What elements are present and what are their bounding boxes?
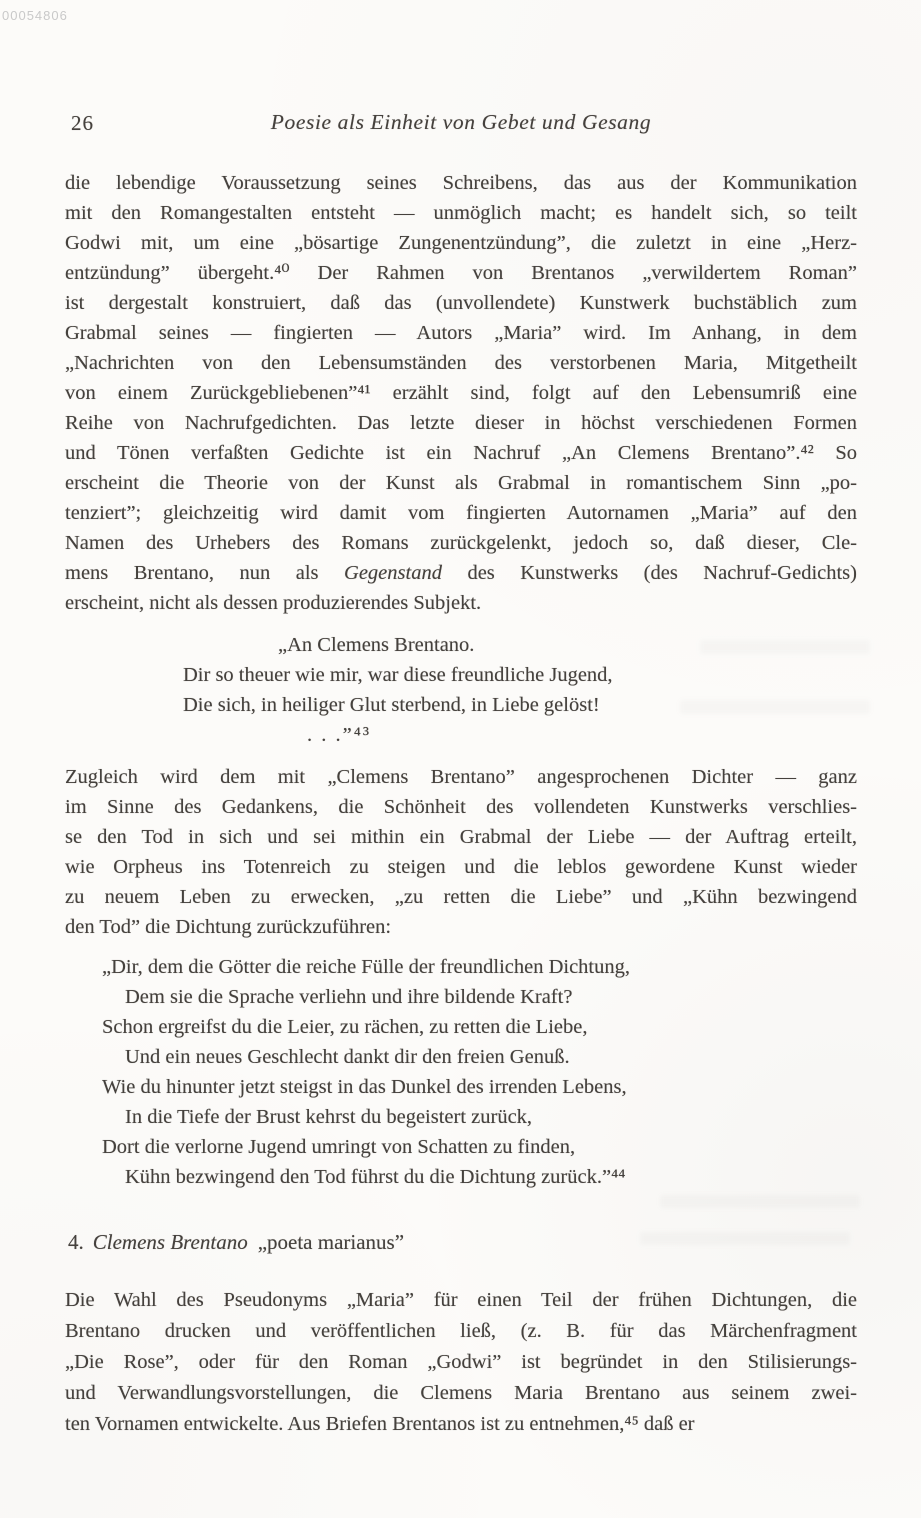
poem-verse-line: Dort die verlorne Jugend umringt von Sch… [102,1132,857,1162]
text-line: und Verwandlungsvorstellungen, die Cleme… [65,1378,857,1409]
poem-quote-an-clemens-brentano: „An Clemens Brentano. Dir so theuer wie … [65,630,857,750]
emphasized-term: Gegenstand [344,562,442,584]
text-line: wie Orpheus ins Totenreich zu steigen un… [65,852,857,882]
poem-verse-line: Und ein neues Geschlecht dankt dir den f… [125,1042,857,1072]
poem-verse-line: Wie du hinunter jetzt steigst in das Dun… [102,1072,857,1102]
section-title-italic: Clemens Brentano [93,1230,248,1254]
text-line: erscheint, nicht als dessen produzierend… [65,588,857,618]
paragraph-1: die lebendige Voraussetzung seines Schre… [65,168,857,618]
poem-verse-line: Dir so theuer wie mir, war diese freundl… [183,660,857,690]
section-title-quote: „poeta marianus” [258,1230,404,1254]
poem-verse-line: Die sich, in heiliger Glut sterbend, in … [183,690,857,720]
poem-verse-line: Dem sie die Sprache verliehn und ihre bi… [125,982,857,1012]
text-segment: mens Brentano, nun als [65,562,344,584]
text-line: von einem Zurückgebliebenen”⁴¹ erzählt s… [65,378,857,408]
text-line: im Sinne des Gedankens, die Schönheit de… [65,792,857,822]
text-line: Namen des Urhebers des Romans zurückgele… [65,528,857,558]
text-line: erscheint die Theorie von der Kunst als … [65,468,857,498]
scanned-book-page: 00054806 26 Poesie als Einheit von Gebet… [0,0,921,1518]
text-line: zu neuem Leben zu erwecken, „zu retten d… [65,882,857,912]
poem-verse-line: Kühn bezwingend den Tod führst du die Di… [125,1162,857,1192]
text-line: „Die Rose”, oder für den Roman „Godwi” i… [65,1347,857,1378]
poem-title-line: „An Clemens Brentano. [278,630,857,660]
text-line: se den Tod in sich und sei mithin ein Gr… [65,822,857,852]
text-line: ist dergestalt konstruiert, daß das (unv… [65,288,857,318]
text-line: Die Wahl des Pseudonyms „Maria” für eine… [65,1285,857,1316]
text-line: ten Vornamen entwickelte. Aus Briefen Br… [65,1409,857,1440]
text-line: Grabmal seines — fingierten — Autors „Ma… [65,318,857,348]
text-line: mens Brentano, nun als Gegenstand des Ku… [65,558,857,588]
paragraph-3: Die Wahl des Pseudonyms „Maria” für eine… [65,1285,857,1440]
text-line: mit den Romangestalten entsteht — unmögl… [65,198,857,228]
poem-verse-line: In die Tiefe der Brust kehrst du begeist… [125,1102,857,1132]
text-line: und Tönen verfaßten Gedichte ist ein Nac… [65,438,857,468]
text-line: entzündung” übergeht.⁴⁰ Der Rahmen von B… [65,258,857,288]
text-line: Godwi mit, um eine „bösartige Zungenentz… [65,228,857,258]
text-line: Reihe von Nachrufgedichten. Das letzte d… [65,408,857,438]
text-line: die lebendige Voraussetzung seines Schre… [65,168,857,198]
text-line: „Nachrichten von den Lebensumständen des… [65,348,857,378]
scan-id-watermark: 00054806 [2,8,68,23]
section-heading: 4.Clemens Brentano„poeta marianus” [68,1227,857,1257]
section-number: 4. [68,1230,84,1254]
running-title: Poesie als Einheit von Gebet und Gesang [65,110,857,135]
page-header: 26 Poesie als Einheit von Gebet und Gesa… [65,110,857,140]
page-number: 26 [71,111,94,136]
text-line: Brentano drucken und veröffentlichen lie… [65,1316,857,1347]
text-line: tenziert”; gleichzeitig wird damit vom f… [65,498,857,528]
text-line: Zugleich wird dem mit „Clemens Brentano”… [65,762,857,792]
poem-verse-line: Schon ergreifst du die Leier, zu rächen,… [102,1012,857,1042]
text-line: den Tod” die Dichtung zurückzuführen: [65,912,857,942]
poem-verse-line: „Dir, dem die Götter die reiche Fülle de… [102,952,857,982]
text-segment: des Kunstwerks (des Nachruf-Gedichts) [442,562,857,584]
page-content: 26 Poesie als Einheit von Gebet und Gesa… [65,0,857,1440]
poem-ellipsis-line: . . .”⁴³ [307,720,857,750]
poem-quote-distich: „Dir, dem die Götter die reiche Fülle de… [65,952,857,1192]
paragraph-2: Zugleich wird dem mit „Clemens Brentano”… [65,762,857,942]
